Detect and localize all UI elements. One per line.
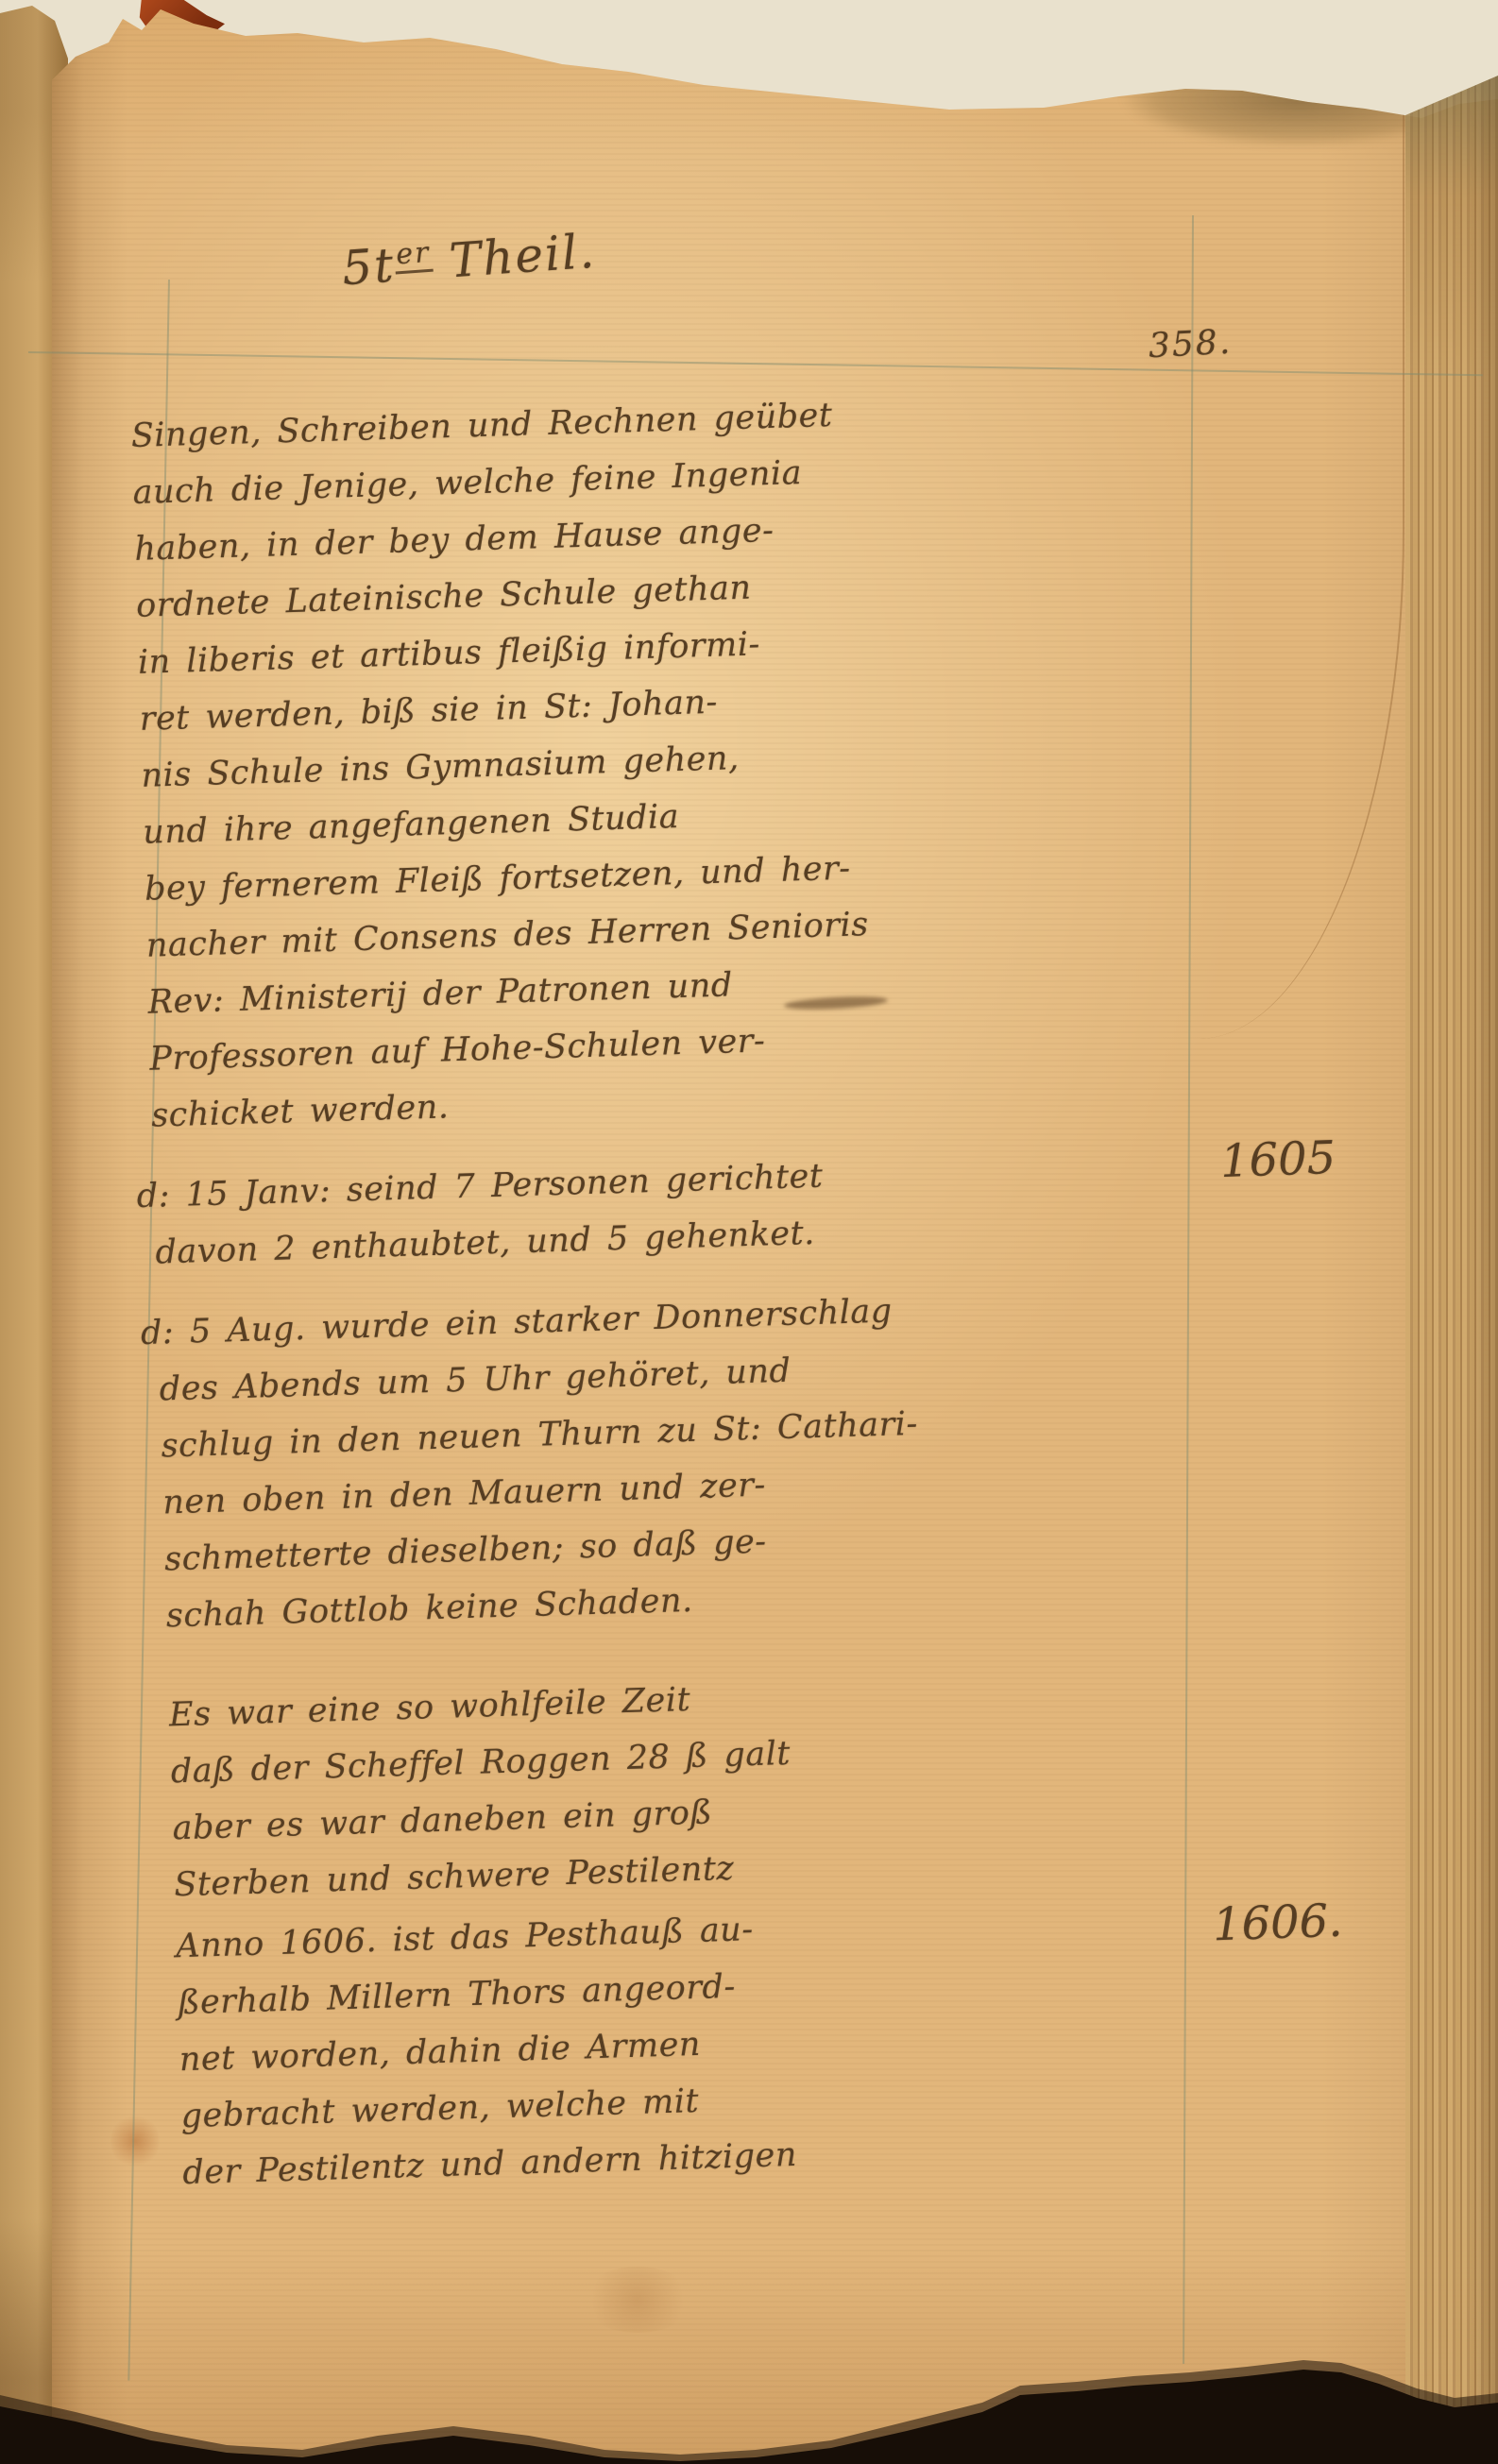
heading-ordinal-suffix: er [393,236,434,275]
page-number: 358. [1148,323,1233,366]
margin-year-1605: 1605 [1219,1131,1336,1188]
paper-stain [581,2267,694,2333]
margin-year-1606: 1606. [1212,1895,1343,1952]
paragraph-entry-1605-thunder: d: 5 Aug. wurde ein starker Donnerschlag… [157,1272,1271,1645]
paragraph-school-regulations: Singen, Schreiben und Rechnen geübet auc… [130,375,1257,1144]
manuscript-photo: 5ter Theil. 358. Singen, Schreiben und R… [0,0,1498,2464]
paragraph-entry-1605-executions: d: 15 Janv: seind 7 Personen gerichtet d… [153,1135,1261,1282]
paper-stain [111,2114,160,2168]
heading-word: Theil. [448,224,598,289]
paragraph-entry-1606-pesthouse: Anno 1606. ist das Pesthauß au- ßerhalb … [175,1886,1287,2202]
manuscript-text-block: Singen, Schreiben und Rechnen geübet auc… [130,375,1288,2201]
heading-number: 5t [340,238,397,297]
book-fore-edge [1405,76,1498,2422]
paragraph-entry-cheap-times: Es war eine so wohlfeile Zeit daß der Sc… [168,1655,1280,1914]
